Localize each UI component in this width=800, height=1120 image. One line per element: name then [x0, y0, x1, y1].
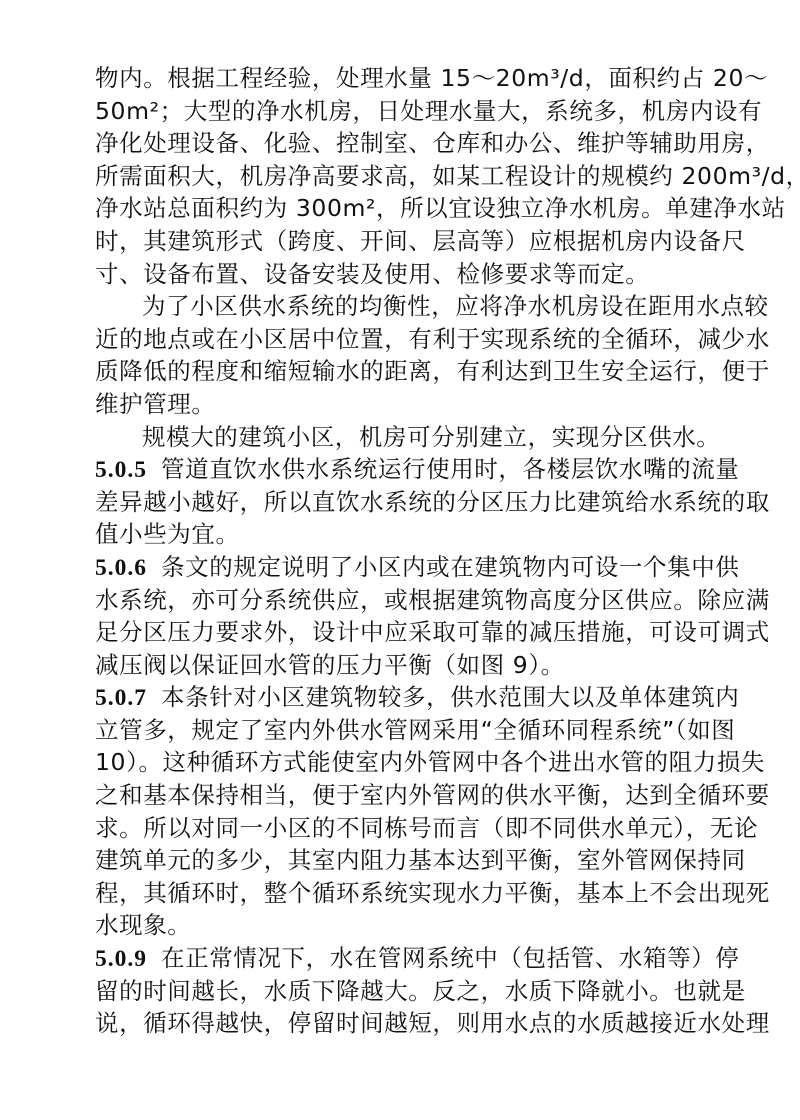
text-line: 近的地点或在小区居中位置，有利于实现系统的全循环，减少水 [95, 323, 715, 356]
text-line: 为了小区供水系统的均衡性，应将净水机房设在距用水点较 [95, 290, 715, 323]
text-line: 求。所以对同一小区的不同栋号而言（即不同供水单元），无论 [95, 812, 715, 845]
text-line: 净水站总面积约为 300m²，所以宜设独立净水机房。单建净水站 [95, 192, 715, 225]
text-line: 减压阀以保证回水管的压力平衡（如图 9）。 [95, 649, 715, 682]
text-line: 足分区压力要求外，设计中应采取可靠的减压措施，可设可调式 [95, 616, 715, 649]
text-line: 5.0.9在正常情况下，水在管网系统中（包括管、水箱等）停 [95, 942, 715, 975]
text-line: 50m²；大型的净水机房，日处理水量大，系统多，机房内设有 [95, 95, 715, 128]
text-line: 值小些为宜。 [95, 518, 715, 551]
clause-5-0-5: 5.0.5管道直饮水供水系统运行使用时，各楼层饮水嘴的流量 差异越小越好，所以直… [95, 453, 715, 551]
paragraph-continuation: 物内。根据工程经验，处理水量 15～20m³/d，面积约占 20～ 50m²；大… [95, 62, 715, 290]
clause-5-0-6: 5.0.6条文的规定说明了小区内或在建筑物内可设一个集中供 水系统，亦可分系统供… [95, 551, 715, 681]
paragraph-zoned-supply: 规模大的建筑小区，机房可分别建立，实现分区供水。 [95, 421, 715, 454]
text-line: 水系统，亦可分系统供应，或根据建筑物高度分区供应。除应满 [95, 584, 715, 617]
text-line: 5.0.7本条针对小区建筑物较多，供水范围大以及单体建筑内 [95, 681, 715, 714]
clause-text: 管道直饮水供水系统运行使用时，各楼层饮水嘴的流量 [161, 455, 739, 483]
text-line: 5.0.6条文的规定说明了小区内或在建筑物内可设一个集中供 [95, 551, 715, 584]
text-line: 程，其循环时，整个循环系统实现水力平衡，基本上不会出现死 [95, 877, 715, 910]
text-line: 物内。根据工程经验，处理水量 15～20m³/d，面积约占 20～ [95, 62, 715, 95]
document-page: 物内。根据工程经验，处理水量 15～20m³/d，面积约占 20～ 50m²；大… [95, 62, 715, 1040]
clause-number: 5.0.7 [95, 685, 147, 711]
text-line: 水现象。 [95, 909, 715, 942]
clause-text: 在正常情况下，水在管网系统中（包括管、水箱等）停 [161, 944, 739, 972]
text-line: 说，循环得越快，停留时间越短，则用水点的水质越接近水处理 [95, 1007, 715, 1040]
clause-5-0-9: 5.0.9在正常情况下，水在管网系统中（包括管、水箱等）停 留的时间越长，水质下… [95, 942, 715, 1040]
text-line: 5.0.5管道直饮水供水系统运行使用时，各楼层饮水嘴的流量 [95, 453, 715, 486]
text-line: 所需面积大，机房净高要求高，如某工程设计的规模约 200m³/d， [95, 160, 715, 193]
clause-5-0-7: 5.0.7本条针对小区建筑物较多，供水范围大以及单体建筑内 立管多，规定了室内外… [95, 681, 715, 942]
text-line: 规模大的建筑小区，机房可分别建立，实现分区供水。 [95, 421, 715, 454]
paragraph-water-station-location: 为了小区供水系统的均衡性，应将净水机房设在距用水点较 近的地点或在小区居中位置，… [95, 290, 715, 420]
clause-text: 条文的规定说明了小区内或在建筑物内可设一个集中供 [161, 553, 739, 581]
text-line: 差异越小越好，所以直饮水系统的分区压力比建筑给水系统的取 [95, 486, 715, 519]
text-line: 维护管理。 [95, 388, 715, 421]
clause-number: 5.0.6 [95, 555, 147, 581]
clause-number: 5.0.5 [95, 457, 147, 483]
text-line: 质降低的程度和缩短输水的距离，有利达到卫生安全运行，便于 [95, 355, 715, 388]
text-line: 之和基本保持相当，便于室内外管网的供水平衡，达到全循环要 [95, 779, 715, 812]
text-line: 时，其建筑形式（跨度、开间、层高等）应根据机房内设备尺 [95, 225, 715, 258]
text-line: 净化处理设备、化验、控制室、仓库和办公、维护等辅助用房， [95, 127, 715, 160]
text-line: 寸、设备布置、设备安装及使用、检修要求等而定。 [95, 258, 715, 291]
clause-text: 本条针对小区建筑物较多，供水范围大以及单体建筑内 [161, 683, 739, 711]
clause-number: 5.0.9 [95, 946, 147, 972]
text-line: 10）。这种循环方式能使室内外管网中各个进出水管的阻力损失 [95, 746, 715, 779]
text-line: 留的时间越长，水质下降越大。反之，水质下降就小。也就是 [95, 975, 715, 1008]
text-line: 立管多，规定了室内外供水管网采用“全循环同程系统”（如图 [95, 714, 715, 747]
text-line: 建筑单元的多少，其室内阻力基本达到平衡，室外管网保持同 [95, 844, 715, 877]
